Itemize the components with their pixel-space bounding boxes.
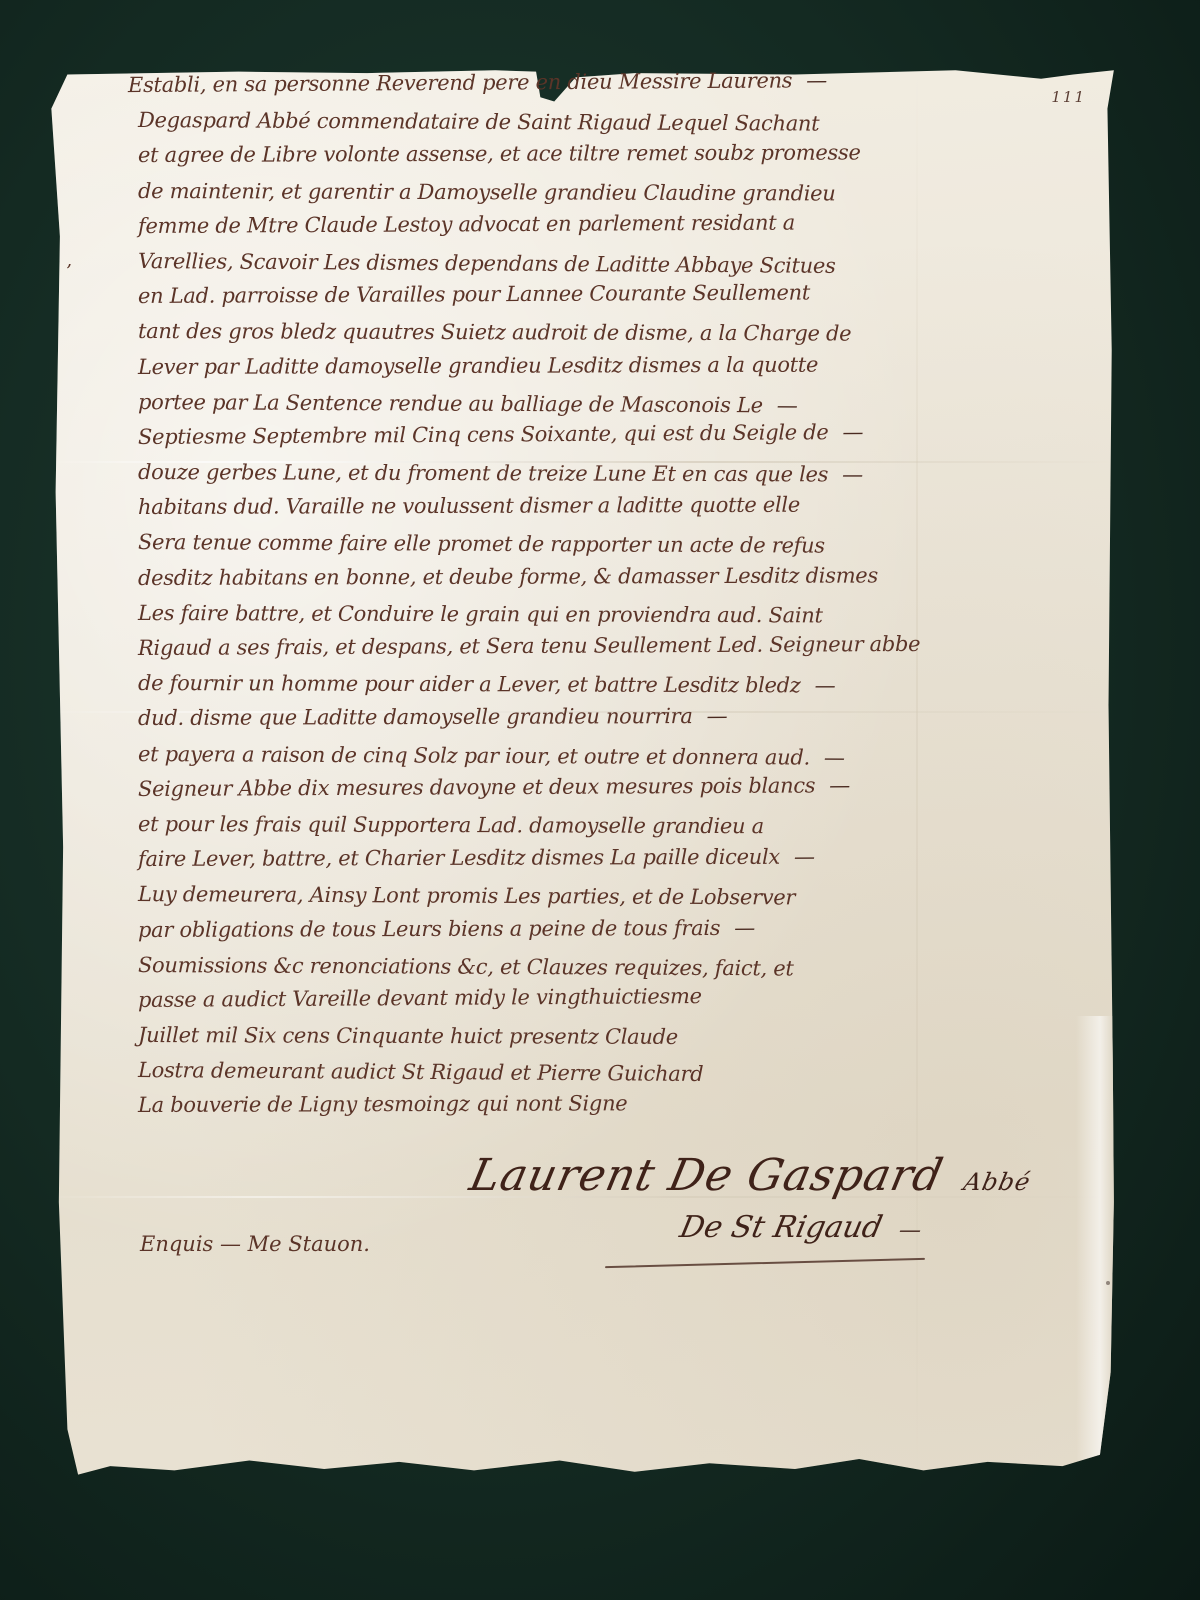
manuscript-line: passe a audict Vareille devant midy le v… [138, 976, 1058, 1018]
manuscript-line-text: dud. disme que Laditte damoyselle grandi… [138, 704, 693, 730]
manuscript-line-text: et payera a raison de cinq Solz par iour… [138, 742, 810, 770]
dash-mark: — [777, 393, 798, 417]
manuscript-line-text: Luy demeurera, Ainsy Lont promis Les par… [138, 882, 795, 909]
manuscript-line: dud. disme que Laditte damoyselle grandi… [138, 698, 1058, 736]
manuscript-line-text: Juillet mil Six cens Cinquante huict pre… [138, 1023, 678, 1049]
signature-block: Laurent De Gaspard Abbé De St Rigaud— [470, 1150, 1070, 1251]
dash-mark: — [896, 1218, 923, 1243]
manuscript-line-text: portee par La Sentence rendue au balliag… [138, 390, 763, 417]
dash-mark: — [842, 463, 863, 487]
manuscript-line: Rigaud a ses frais, et despans, et Sera … [138, 626, 1058, 666]
manuscript-line-text: Lostra demeurant audict St Rigaud et Pie… [138, 1058, 704, 1086]
manuscript-line: Juillet mil Six cens Cinquante huict pre… [138, 1018, 1058, 1056]
dash-mark: — [794, 845, 815, 869]
ink-spot [646, 1496, 650, 1500]
margin-mark: ’ [66, 261, 72, 282]
manuscript-line: et agree de Libre volonte assense, et ac… [138, 135, 1058, 173]
manuscript-line-text: faire Lever, battre, et Charier Lesditz … [138, 845, 780, 871]
manuscript-line-text: Establi, en sa personne Reverend pere en… [128, 68, 792, 97]
manuscript-line-text: tant des gros bledz quautres Suietz audr… [138, 319, 851, 345]
signature-name-line: Laurent De Gaspard Abbé [464, 1150, 1076, 1208]
ink-spot [1106, 1281, 1110, 1285]
manuscript-line-text: douze gerbes Lune, et du froment de trei… [138, 460, 828, 486]
signature-subtitle-line: De St Rigaud— [675, 1208, 1074, 1251]
manuscript-line-text: de fournir un homme pour aider a Lever, … [138, 671, 801, 697]
signature-name: Laurent De Gaspard [465, 1150, 948, 1201]
manuscript-line-text: en Lad. parroisse de Varailles pour Lann… [138, 281, 810, 309]
dash-mark: — [824, 745, 845, 769]
manuscript-line: en Lad. parroisse de Varailles pour Lann… [138, 274, 1058, 314]
manuscript-line: desditz habitans en bonne, et deube form… [138, 557, 1058, 595]
closing-note: Enquis — Me Stauon. [140, 1232, 370, 1256]
manuscript-body: Establi, en sa personne Reverend pere en… [138, 68, 1058, 1124]
manuscript-line-text: habitans dud. Varaille ne voulussent dis… [138, 493, 800, 519]
paper-edge-curl [1076, 1016, 1116, 1486]
manuscript-line: Establi, en sa personne Reverend pere en… [128, 62, 1048, 104]
manuscript-line-text: Seigneur Abbe dix mesures davoyne et deu… [138, 773, 815, 801]
ink-spot [281, 1486, 285, 1490]
manuscript-line: femme de Mtre Claude Lestoy advocat en p… [138, 204, 1058, 244]
manuscript-line: Seigneur Abbe dix mesures davoyne et deu… [138, 767, 1058, 807]
photo-stage: 111 ’ Establi, en sa personne Reverend p… [0, 0, 1200, 1600]
manuscript-line-text: Degaspard Abbé commendataire de Saint Ri… [138, 108, 819, 136]
manuscript-line: faire Lever, battre, et Charier Lesditz … [138, 839, 1058, 877]
dash-mark: — [815, 674, 836, 698]
signature-title: Abbé [961, 1168, 1033, 1196]
signature-subtitle: De St Rigaud [677, 1210, 886, 1245]
dash-mark: — [806, 68, 827, 92]
manuscript-line-text: Sera tenue comme faire elle promet de ra… [138, 530, 825, 558]
manuscript-line-text: Rigaud a ses frais, et despans, et Sera … [138, 632, 920, 660]
manuscript-line: Lever par Laditte damoyselle grandieu Le… [138, 346, 1058, 384]
manuscript-line-text: Les faire battre, et Conduire le grain q… [138, 601, 823, 627]
manuscript-line-text: de maintenir, et garentir a Damoyselle g… [138, 179, 836, 205]
manuscript-line-text: La bouverie de Ligny tesmoingz qui nont … [138, 1092, 627, 1118]
manuscript-line-text: Varellies, Scavoir Les dismes dependans … [138, 249, 836, 278]
dash-mark: — [829, 773, 850, 797]
manuscript-line-text: Lever par Laditte damoyselle grandieu Le… [138, 352, 818, 378]
manuscript-line-text: passe a audict Vareille devant midy le v… [138, 984, 702, 1012]
manuscript-line: par obligations de tous Leurs biens a pe… [138, 909, 1058, 947]
dash-mark: — [734, 915, 755, 939]
manuscript-line-text: et pour les frais quil Supportera Lad. d… [138, 812, 764, 838]
dash-mark: — [707, 704, 728, 728]
manuscript-line-text: et agree de Libre volonte assense, et ac… [138, 141, 861, 168]
manuscript-line-text: par obligations de tous Leurs biens a pe… [138, 915, 720, 941]
dash-mark: — [842, 420, 863, 444]
manuscript-line-text: Septiesme Septembre mil Cinq cens Soixan… [138, 420, 829, 449]
manuscript-line: habitans dud. Varaille ne voulussent dis… [138, 487, 1058, 525]
manuscript-line: La bouverie de Ligny tesmoingz qui nont … [138, 1085, 1058, 1123]
manuscript-line: Septiesme Septembre mil Cinq cens Soixan… [138, 413, 1058, 455]
manuscript-line-text: Soumissions &c renonciations &c, et Clau… [138, 953, 794, 980]
manuscript-line-text: femme de Mtre Claude Lestoy advocat en p… [138, 210, 795, 237]
manuscript-line-text: desditz habitans en bonne, et deube form… [138, 563, 878, 590]
